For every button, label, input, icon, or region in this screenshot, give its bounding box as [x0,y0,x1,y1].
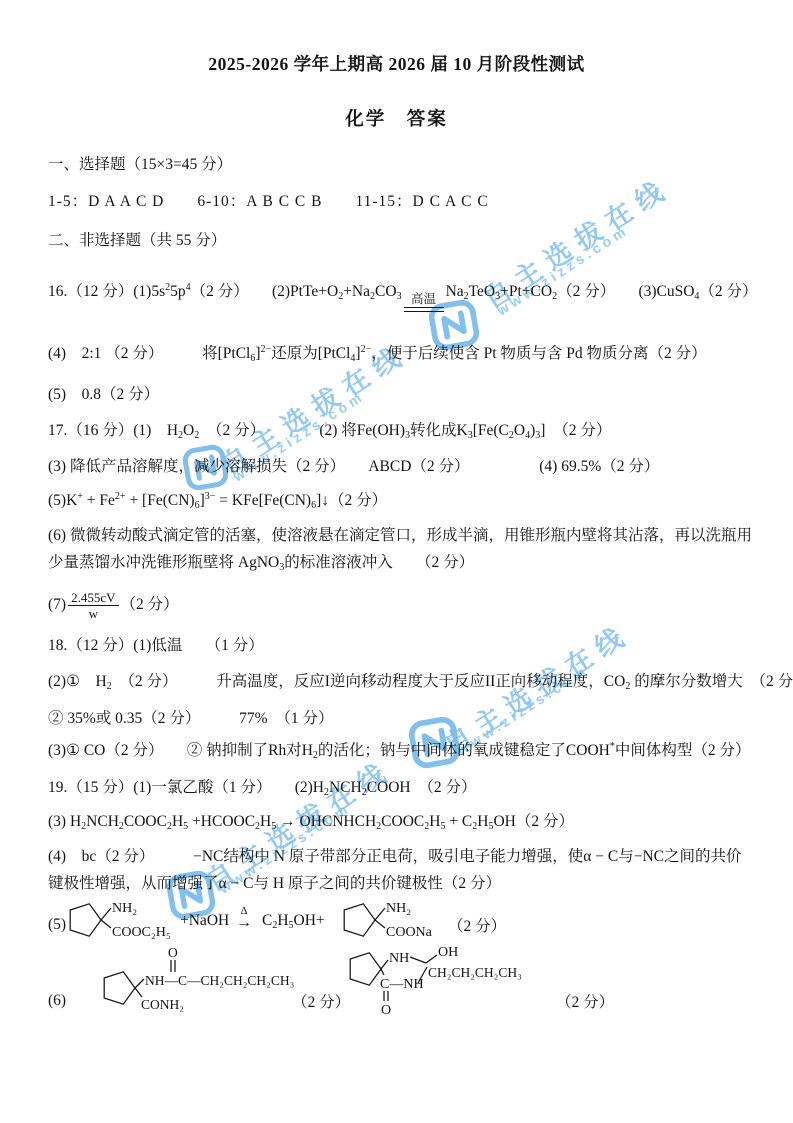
page-title: 2025-2026 学年上期高 2026 届 10 月阶段性测试 [0,52,793,76]
q18-line1: 18.（12 分）(1)低温 （1 分） [48,634,264,658]
arrow-symbol: → [236,916,252,930]
product-text: C2H5OH+ [262,912,325,930]
q16-line3: (5) 0.8（2 分） [48,383,159,407]
q18-line3: ② 35%或 0.35（2 分） 77% （1 分） [48,707,333,731]
q16-line1-left: 16.（12 分）(1)5s25p4（2 分） (2)PtTe+O2+Na2CO… [48,283,402,300]
q17-line5: (7)2.455cVw（2 分） [48,590,179,621]
delta-arrow: Δ→ [236,906,252,930]
cyclopentane-structure: NH₂ COONa [336,890,454,948]
q16-line1-right: Na2TeO3+Pt+CO2（2 分） (3)CuSO4（2 分） [446,283,758,300]
reaction-condition: 高温 [404,292,444,312]
q19-item6-label: (6) [48,992,66,1010]
q19-item5-row: (5) NH₂ COOC₂H₅ +NaOH Δ→ C2H5OH+ NH₂ COO… [48,888,758,950]
q17-line4: (6) 微微转动酸式滴定管的活塞，使溶液悬在滴定管口，形成半滴，用锥形瓶内壁将其… [48,522,752,576]
condition-label: 高温 [411,292,436,306]
substituent-label: NH₂ [112,901,137,916]
q16-line2: (4) 2:1 （2 分） 将[PtCl6]2−还原为[PtCl4]2−，便于后… [48,342,707,366]
substituent-label: COOC₂H₅ [112,925,171,940]
substituent-label: NH₂ [386,901,411,916]
section1-heading: 一、选择题（15×3=45 分） [48,153,232,177]
q17-item7-label: (7) [48,596,66,613]
chain-label: CH₂CH₂CH₂CH₃ [428,965,522,980]
substituent-label: COONa [386,925,433,940]
q18-line4: (3)① CO（2 分） ② 钠抑制了Rh对H2的活化；钠与中间体的氧成键稳定了… [48,739,750,763]
answer-sheet-page: 自主选拔在线 www.zizzs.com 自主选拔在线 www.zizzs.co… [0,0,793,1123]
score-label: （2 分） [556,990,614,1012]
q17-line1: 17.（16 分）(1) H2O2 （2 分） (2) 将Fe(OH)3转化成K… [48,419,611,443]
oxygen-label: O [168,945,178,960]
subject-heading: 化学 答案 [0,108,793,132]
q16-line1: 16.（12 分）(1)5s25p4（2 分） (2)PtTe+O2+Na2CO… [48,280,758,312]
chain-label: NH—C—CH₂CH₂CH₂CH₃ [145,973,295,988]
fraction-numerator: 2.455cV [68,590,118,606]
q18-line2: (2)① H2 （2 分） 升高温度，反应I逆向移动程度大于反应II正向移动程度… [48,670,793,694]
choice-answers: 1-5：D A A C D 6-10：A B C C B 11-15：D C A… [48,190,489,214]
section2-heading: 二、非选择题（共 55 分） [48,229,226,253]
oh-label: OH [438,945,458,960]
q17-line3: (5)K+ + Fe2+ + [Fe(CN)6]3− = KFe[Fe(CN)6… [48,489,387,513]
fraction: 2.455cVw [68,590,118,621]
q19-line2: (3) H2NCH2COOC2H5 +HCOOC2H5 → OHCNHCH2CO… [48,810,574,834]
double-bond-equals [404,307,444,312]
score-label: （2 分） [448,914,506,936]
cnh-label: C—NH [380,977,424,992]
reagent-text: +NaOH [180,912,229,930]
amide-label: CONH₂ [141,997,184,1012]
nh-label: NH [389,951,409,966]
oxygen-label: O [381,1003,391,1018]
amide-structure: O NH—C—CH₂CH₂CH₂CH₃ CONH₂ [98,942,302,1016]
q19-line1: 19.（15 分）(1)一氯乙酸（1 分） (2)H2NCH2COOH （2 分… [48,776,477,800]
q17-line2: (3) 降低产品溶解度，减少溶解损失（2 分） ABCD（2 分） (4) 69… [48,455,659,479]
fraction-denominator: w [68,606,118,621]
cyclopentane-structure: NH₂ COOC₂H₅ [62,890,184,948]
q17-item7-score: （2 分） [121,596,179,613]
q19-item6-row: (6) O NH—C—CH₂CH₂CH₂CH₃ CONH₂ （2 分） NH O… [48,942,760,1020]
cyclic-hemiaminal-structure: NH OH CH₂CH₂CH₂CH₃ C—NH O [340,942,550,1020]
